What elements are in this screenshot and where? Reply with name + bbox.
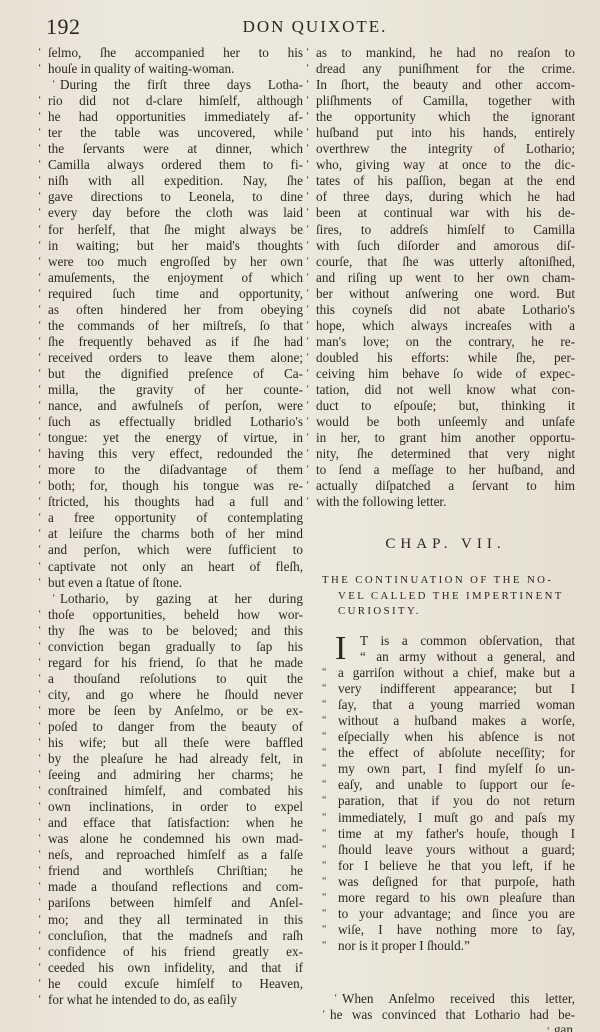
text-line: “paration, that if you do not return xyxy=(338,793,575,809)
line-text: city, and go where he ſhould never xyxy=(48,687,303,703)
line-text: been at continual war with his de- xyxy=(316,205,575,221)
text-line: ‘his wife; but all theſe were baffled xyxy=(48,735,303,751)
text-line: ‘milla, the gravity of her counte- xyxy=(48,382,303,398)
text-line: “nor is it proper I ſhould.” xyxy=(338,938,575,954)
line-text: pliſhments of Camilla, together with xyxy=(316,93,575,109)
line-text: ſelmo, ſhe accompanied her to his xyxy=(48,45,303,61)
quote-mark: ‘ xyxy=(38,751,41,767)
line-text: and perſon, which were ſufficient to xyxy=(48,542,303,558)
text-line: ‘having this very effect, redounded the xyxy=(48,446,303,462)
line-text: the commands of her miſtreſs, ſo that xyxy=(48,318,303,334)
text-line: ‘conviction began gradually to ſap his xyxy=(48,639,303,655)
line-text: with the following letter. xyxy=(316,494,575,510)
quote-mark: “ xyxy=(322,938,326,954)
text-line: ‘but the dignified preſence of Ca- xyxy=(48,366,303,382)
text-line: ‘ber without anſwering one word. But xyxy=(316,286,575,302)
text-line: ‘for herſelf, that ſhe might always be xyxy=(48,222,303,238)
quote-mark: ‘ xyxy=(38,93,41,109)
text-line: ‘pliſhments of Camilla, together with xyxy=(316,93,575,109)
line-text: more regard to his own pleaſure than xyxy=(338,890,575,906)
line-text: for what he intended to do, as eaſily xyxy=(48,992,303,1008)
quote-mark: ‘ xyxy=(38,607,41,623)
text-line: “ an army without a general, and xyxy=(338,649,575,665)
quote-mark: ‘ xyxy=(38,912,41,928)
quote-mark: ‘ xyxy=(306,109,309,125)
text-line: ‘houſe in quality of waiting-woman. xyxy=(48,61,303,77)
line-text: During the firſt three days Lotha- xyxy=(48,77,303,93)
page-header: 192 DON QUIXOTE. xyxy=(46,14,574,40)
quote-mark: ‘ xyxy=(38,960,41,976)
quote-mark: ‘ xyxy=(38,719,41,735)
text-line: ‘were too much engroſſed by her own xyxy=(48,254,303,270)
quote-mark: “ xyxy=(322,906,326,922)
quote-mark: ‘ xyxy=(38,302,41,318)
quote-mark: ‘ xyxy=(38,189,41,205)
quote-mark: ‘ xyxy=(38,318,41,334)
quote-mark: “ xyxy=(322,793,326,809)
quote-mark: ‘ xyxy=(38,575,41,591)
line-text: nance, and awfulneſs of perſon, were xyxy=(48,398,303,414)
text-line: “eſpecially when his abſence is not xyxy=(338,729,575,745)
text-line: ‘he could excuſe himſelf to Heaven, xyxy=(48,976,303,992)
line-text: houſe in quality of waiting-woman. xyxy=(48,61,303,77)
text-line: ‘made a thouſand reflections and com- xyxy=(48,879,303,895)
line-text: made a thouſand reflections and com- xyxy=(48,879,303,895)
text-line: ‘mo; and they all terminated in this xyxy=(48,912,303,928)
text-line: “my own part, I find myſelf ſo un- xyxy=(338,761,575,777)
quote-mark: ‘ xyxy=(306,157,309,173)
line-text: by the pleaſure he had already felt, in xyxy=(48,751,303,767)
quote-mark: ‘ xyxy=(38,382,41,398)
text-line: ‘in waiting; but her maid's thoughts xyxy=(48,238,303,254)
text-line: ‘the ſervants were at dinner, which xyxy=(48,141,303,157)
quote-mark: “ xyxy=(322,842,326,858)
quote-mark: ‘ xyxy=(306,205,309,221)
line-text: without a huſband makes a worſe, xyxy=(338,713,575,729)
line-text: to ſend a meſſage to her huſband, and xyxy=(316,462,575,478)
text-line: “more regard to his own pleaſure than xyxy=(338,890,575,906)
text-line: ‘he was convinced that Lothario had be- xyxy=(330,1007,575,1023)
text-line: ‘thy ſhe was to be beloved; and this xyxy=(48,623,303,639)
line-text: but the dignified preſence of Ca- xyxy=(48,366,303,382)
line-text: for herſelf, that ſhe might always be xyxy=(48,222,303,238)
line-text: ter the table was uncovered, while xyxy=(48,125,303,141)
quote-mark: ‘ xyxy=(38,671,41,687)
quote-mark: ‘ xyxy=(38,446,41,462)
line-text: the opportunity which the ignorant xyxy=(316,109,575,125)
text-line: ‘to ſend a meſſage to her huſband, and xyxy=(316,462,575,478)
text-line: ‘poſed to danger from the beauty of xyxy=(48,719,303,735)
quote-mark: ‘ xyxy=(38,286,41,302)
line-text: and efface that ſatisfaction: when he xyxy=(48,815,303,831)
quote-mark: ‘ xyxy=(306,270,309,286)
quote-mark: ‘ xyxy=(52,591,55,607)
quote-mark: ‘ xyxy=(38,799,41,815)
quote-mark: ‘ xyxy=(306,430,309,446)
text-line: “for I believe he that you left, if he xyxy=(338,858,575,874)
quote-mark: “ xyxy=(322,761,326,777)
line-text: received orders to leave them alone; xyxy=(48,350,303,366)
text-line: “immediately, I muſt go and paſs my xyxy=(338,810,575,826)
text-line: ‘required ſuch time and opportunity, xyxy=(48,286,303,302)
quote-mark: ‘ xyxy=(38,173,41,189)
line-text: dread any puniſhment for the crime. xyxy=(316,61,575,77)
text-line: ‘courſe, that ſhe was utterly aſtoniſhed… xyxy=(316,254,575,270)
line-text: eaſy, and unable to ſupport our ſe- xyxy=(338,777,575,793)
text-line: ‘more be ſeen by Anſelmo, or be ex- xyxy=(48,703,303,719)
quote-mark: ‘ xyxy=(306,414,309,430)
catchword: ‘gan xyxy=(547,1022,573,1032)
text-line: ‘neſs, and reproached himſelf as a falſe xyxy=(48,847,303,863)
quote-mark: ‘ xyxy=(38,398,41,414)
text-line: “very indifferent appearance; but I xyxy=(338,681,575,697)
quote-mark: ‘ xyxy=(306,189,309,205)
line-text: regard for his friend, ſo that he made xyxy=(48,655,303,671)
text-line: ‘captivate not only an heart of fleſh, xyxy=(48,559,303,575)
text-line: ‘ſuch as effectually bridled Lothario's xyxy=(48,414,303,430)
quote-mark: ‘ xyxy=(306,382,309,398)
quote-mark: ‘ xyxy=(306,61,309,77)
line-text: in waiting; but her maid's thoughts xyxy=(48,238,303,254)
text-line: ‘During the firſt three days Lotha- xyxy=(48,77,303,93)
text-line: ‘tates of his paſſion, began at the end xyxy=(316,173,575,189)
line-text: courſe, that ſhe was utterly aſtoniſhed, xyxy=(316,254,575,270)
quote-mark: ‘ xyxy=(38,703,41,719)
right-text-column: ‘as to mankind, he had no reaſon to‘drea… xyxy=(316,45,575,510)
chapter-title-line: VEL CALLED THE IMPERTINENT xyxy=(322,589,575,605)
quote-mark: ‘ xyxy=(38,494,41,510)
line-text: ceiving him behave ſo wide of expec- xyxy=(316,366,575,382)
text-line: ‘friend and worthleſs Chriſtian; he xyxy=(48,863,303,879)
text-line: ‘pariſons between himſelf and Anſel- xyxy=(48,895,303,911)
line-text: immediately, I muſt go and paſs my xyxy=(338,810,575,826)
text-line: ‘When Anſelmo received this letter, xyxy=(330,991,575,1007)
text-line: ‘ſeeing and admiring her charms; he xyxy=(48,767,303,783)
catchword-text: gan xyxy=(554,1022,573,1032)
text-line: “eaſy, and unable to ſupport our ſe- xyxy=(338,777,575,793)
text-line: ‘the opportunity which the ignorant xyxy=(316,109,575,125)
line-text: actually diſpatched a ſervant to him xyxy=(316,478,575,494)
line-text: captivate not only an heart of fleſh, xyxy=(48,559,303,575)
line-text: gave directions to Leonela, to dine xyxy=(48,189,303,205)
text-line: ‘as often hindered her from obeying xyxy=(48,302,303,318)
quote-mark: ‘ xyxy=(306,222,309,238)
line-text: time at my father's houſe, though I xyxy=(338,826,575,842)
quote-mark: ‘ xyxy=(306,125,309,141)
quote-mark: ‘ xyxy=(52,77,55,93)
quote-mark: ‘ xyxy=(38,831,41,847)
quote-mark: ‘ xyxy=(38,414,41,430)
line-text: required ſuch time and opportunity, xyxy=(48,286,303,302)
quote-mark: ‘ xyxy=(38,655,41,671)
quote-mark: ‘ xyxy=(38,542,41,558)
line-text: ſhe frequently behaved as if ſhe had xyxy=(48,334,303,350)
quote-mark: ‘ xyxy=(306,478,309,494)
line-text: Lothario, by gazing at her during xyxy=(48,591,303,607)
quote-mark: ‘ xyxy=(38,366,41,382)
text-line: ‘dread any puniſhment for the crime. xyxy=(316,61,575,77)
line-text: were too much engroſſed by her own xyxy=(48,254,303,270)
line-text: neſs, and reproached himſelf as a falſe xyxy=(48,847,303,863)
text-line: “to your advantage; and ſince you are xyxy=(338,906,575,922)
quote-mark: ‘ xyxy=(306,93,309,109)
text-line: ‘who, giving way at once to the dic- xyxy=(316,157,575,173)
quote-mark: ‘ xyxy=(38,526,41,542)
text-line: ‘more to the diſadvantage of them xyxy=(48,462,303,478)
quote-mark: ‘ xyxy=(306,318,309,334)
line-text: niſh with all expedition. Nay, ſhe xyxy=(48,173,303,189)
line-text: my own part, I find myſelf ſo un- xyxy=(338,761,575,777)
line-text: confidence of his friend greatly ex- xyxy=(48,944,303,960)
line-text: as to mankind, he had no reaſon to xyxy=(316,45,575,61)
line-text: eſpecially when his abſence is not xyxy=(338,729,575,745)
line-text: overthrew the integrity of Lothario; xyxy=(316,141,575,157)
line-text: ſtricted, his thoughts had a full and xyxy=(48,494,303,510)
text-line: ‘ceiving him behave ſo wide of expec- xyxy=(316,366,575,382)
quote-mark: ‘ xyxy=(38,254,41,270)
text-line: ‘nity, ſhe determined that very night xyxy=(316,446,575,462)
quote-mark: ‘ xyxy=(38,350,41,366)
text-line: “wiſe, I have nothing more to ſay, xyxy=(338,922,575,938)
quote-mark: “ xyxy=(322,922,326,938)
chapter-title-line: THE CONTINUATION OF THE NO- xyxy=(322,573,575,589)
line-text: who, giving way at once to the dic- xyxy=(316,157,575,173)
text-line: ‘Lothario, by gazing at her during xyxy=(48,591,303,607)
line-text: thy ſhe was to be beloved; and this xyxy=(48,623,303,639)
line-text: he was convinced that Lothario had be- xyxy=(330,1007,575,1023)
quote-mark: ‘ xyxy=(38,944,41,960)
line-text: would be both unſeemly and unſafe xyxy=(316,414,575,430)
text-line: ‘received orders to leave them alone; xyxy=(48,350,303,366)
text-line: ‘tongue: yet the energy of virtue, in xyxy=(48,430,303,446)
quote-mark: ‘ xyxy=(38,45,41,61)
quote-mark: ‘ xyxy=(38,270,41,286)
text-line: ‘man's love; on the contrary, he re- xyxy=(316,334,575,350)
line-text: tongue: yet the energy of virtue, in xyxy=(48,430,303,446)
line-text: hope, which always increaſes with a xyxy=(316,318,575,334)
line-text: Camilla always ordered them to fi- xyxy=(48,157,303,173)
quote-mark: ‘ xyxy=(306,238,309,254)
quote-mark: ‘ xyxy=(306,494,309,510)
text-line: ‘this coyneſs did not abate Lothario's xyxy=(316,302,575,318)
text-line: ‘hope, which always increaſes with a xyxy=(316,318,575,334)
chapter-title: THE CONTINUATION OF THE NO- VEL CALLED T… xyxy=(322,573,575,620)
text-line: ‘doubled his efforts: while ſhe, per- xyxy=(316,350,575,366)
text-line: ‘ter the table was uncovered, while xyxy=(48,125,303,141)
text-line: ‘ceeded his own infidelity, and that if xyxy=(48,960,303,976)
line-text: conſtrained himſelf, and combated his xyxy=(48,783,303,799)
quote-mark: “ xyxy=(322,890,326,906)
quote-mark: ‘ xyxy=(38,863,41,879)
line-text: but even a ſtatue of ſtone. xyxy=(48,575,303,591)
text-line: ‘by the pleaſure he had already felt, in xyxy=(48,751,303,767)
text-line: ‘niſh with all expedition. Nay, ſhe xyxy=(48,173,303,189)
line-text: mo; and they all terminated in this xyxy=(48,912,303,928)
line-text: as often hindered her from obeying xyxy=(48,302,303,318)
line-text: the effect of abſolute neceſſity; for xyxy=(338,745,575,761)
line-text: every day before the cloth was laid xyxy=(48,205,303,221)
quote-mark: ‘ xyxy=(38,222,41,238)
text-line: ‘ſelmo, ſhe accompanied her to his xyxy=(48,45,303,61)
line-text: having this very effect, redounded the xyxy=(48,446,303,462)
line-text: nity, ſhe determined that very night xyxy=(316,446,575,462)
text-line: ‘duct to eſpouſe; but, thinking it xyxy=(316,398,575,414)
text-line: ‘was alone he condemned his own mad- xyxy=(48,831,303,847)
text-line: ‘amuſements, the enjoyment of which xyxy=(48,270,303,286)
text-line: “was deſigned for that purpoſe, hath xyxy=(338,874,575,890)
line-text: concluſion, that the madneſs and raſh xyxy=(48,928,303,944)
quote-mark: ‘ xyxy=(38,559,41,575)
quote-mark: “ xyxy=(322,697,326,713)
quote-mark: “ xyxy=(322,858,326,874)
quote-mark: ‘ xyxy=(306,77,309,93)
text-line: ‘with the following letter. xyxy=(316,494,575,510)
text-line: ‘own inclinations, in order to expel xyxy=(48,799,303,815)
line-text: friend and worthleſs Chriſtian; he xyxy=(48,863,303,879)
line-text: was alone he condemned his own mad- xyxy=(48,831,303,847)
text-line: T is a common obſervation, that xyxy=(338,633,575,649)
quote-mark: ‘ xyxy=(306,286,309,302)
text-line: ‘city, and go where he ſhould never xyxy=(48,687,303,703)
line-text: rio did not d-clare himſelf, although xyxy=(48,93,303,109)
text-line: ‘huſband put into his hands, entirely xyxy=(316,125,575,141)
text-line: ‘tation, did not well know what con- xyxy=(316,382,575,398)
line-text: paration, that if you do not return xyxy=(338,793,575,809)
text-line: ‘both; for, though his tongue was re- xyxy=(48,478,303,494)
line-text: he had opportunities immediately af- xyxy=(48,109,303,125)
line-text: to your advantage; and ſince you are xyxy=(338,906,575,922)
quote-mark: ‘ xyxy=(38,157,41,173)
text-line: ‘ſhe frequently behaved as if ſhe had xyxy=(48,334,303,350)
chapter-heading: CHAP. VII. xyxy=(316,536,575,553)
text-line: ‘overthrew the integrity of Lothario; xyxy=(316,141,575,157)
text-line: ‘conſtrained himſelf, and combated his xyxy=(48,783,303,799)
quote-mark: ‘ xyxy=(38,976,41,992)
quote-mark: ‘ xyxy=(547,1026,550,1032)
line-text: ber without anſwering one word. But xyxy=(316,286,575,302)
left-text-column: ‘ſelmo, ſhe accompanied her to his‘houſe… xyxy=(48,45,303,1008)
closing-paragraph: ‘When Anſelmo received this letter,‘he w… xyxy=(330,991,575,1023)
quote-mark: ‘ xyxy=(38,735,41,751)
text-line: “ſay, that a young married woman xyxy=(338,697,575,713)
book-page: 192 DON QUIXOTE. ‘ſelmo, ſhe accompanied… xyxy=(0,0,600,1032)
quote-mark: ‘ xyxy=(38,205,41,221)
line-text: in her, to grant him another opportu- xyxy=(316,430,575,446)
text-line: ‘and efface that ſatisfaction: when he xyxy=(48,815,303,831)
text-line: ‘been at continual war with his de- xyxy=(316,205,575,221)
line-text: more be ſeen by Anſelmo, or be ex- xyxy=(48,703,303,719)
text-line: ‘with ſuch diſorder and amorous diſ- xyxy=(316,238,575,254)
line-text: poſed to danger from the beauty of xyxy=(48,719,303,735)
quote-mark: “ xyxy=(322,745,326,761)
line-text: own inclinations, in order to expel xyxy=(48,799,303,815)
quote-mark: ‘ xyxy=(38,687,41,703)
quote-mark: ‘ xyxy=(38,109,41,125)
quote-mark: ‘ xyxy=(306,334,309,350)
line-text: of three days, during which he had xyxy=(316,189,575,205)
quote-mark: ‘ xyxy=(38,847,41,863)
text-line: ‘for what he intended to do, as eaſily xyxy=(48,992,303,1008)
quote-mark: “ xyxy=(322,777,326,793)
quote-mark: ‘ xyxy=(38,462,41,478)
text-line: ‘confidence of his friend greatly ex- xyxy=(48,944,303,960)
quote-mark: ‘ xyxy=(38,334,41,350)
text-line: ‘as to mankind, he had no reaſon to xyxy=(316,45,575,61)
text-line: ‘gave directions to Leonela, to dine xyxy=(48,189,303,205)
text-line: ‘the commands of her miſtreſs, ſo that xyxy=(48,318,303,334)
line-text: with ſuch diſorder and amorous diſ- xyxy=(316,238,575,254)
quote-mark: ‘ xyxy=(38,639,41,655)
line-text: In ſhort, the beauty and other accom- xyxy=(316,77,575,93)
text-line: ‘of three days, during which he had xyxy=(316,189,575,205)
quote-mark: ‘ xyxy=(334,991,337,1007)
text-line: ‘actually diſpatched a ſervant to him xyxy=(316,478,575,494)
text-line: ‘in her, to grant him another opportu- xyxy=(316,430,575,446)
letter-text: I T is a common obſervation, that“ an ar… xyxy=(338,633,575,954)
text-line: ‘but even a ſtatue of ſtone. xyxy=(48,575,303,591)
line-text: ceeded his own infidelity, and that if xyxy=(48,960,303,976)
line-text: huſband put into his hands, entirely xyxy=(316,125,575,141)
line-text: ſuch as effectually bridled Lothario's xyxy=(48,414,303,430)
line-text: ſhould leave yours without a guard; xyxy=(338,842,575,858)
line-text: milla, the gravity of her counte- xyxy=(48,382,303,398)
line-text: man's love; on the contrary, he re- xyxy=(316,334,575,350)
quote-mark: ‘ xyxy=(38,879,41,895)
text-line: ‘at leiſure the charms both of her mind xyxy=(48,526,303,542)
quote-mark: ‘ xyxy=(306,462,309,478)
line-text: conviction began gradually to ſap his xyxy=(48,639,303,655)
line-text: this coyneſs did not abate Lothario's xyxy=(316,302,575,318)
line-text: a thouſand reſolutions to quit the xyxy=(48,671,303,687)
line-text: thoſe opportunities, beheld how wor- xyxy=(48,607,303,623)
text-line: ‘regard for his friend, ſo that he made xyxy=(48,655,303,671)
text-line: “the effect of abſolute neceſſity; for xyxy=(338,745,575,761)
quote-mark: ‘ xyxy=(38,430,41,446)
quote-mark: ‘ xyxy=(306,45,309,61)
quote-mark: ‘ xyxy=(38,61,41,77)
quote-mark: ‘ xyxy=(306,173,309,189)
quote-mark: “ xyxy=(322,874,326,890)
quote-mark: “ xyxy=(322,810,326,826)
quote-mark: ‘ xyxy=(38,895,41,911)
quote-mark: “ xyxy=(322,713,326,729)
text-line: ‘he had opportunities immediately af- xyxy=(48,109,303,125)
text-line: ‘a thouſand reſolutions to quit the xyxy=(48,671,303,687)
text-line: ‘nance, and awfulneſs of perſon, were xyxy=(48,398,303,414)
quote-mark: ‘ xyxy=(306,446,309,462)
text-line: “without a huſband makes a worſe, xyxy=(338,713,575,729)
line-text: a free opportunity of contemplating xyxy=(48,510,303,526)
line-text: nor is it proper I ſhould.” xyxy=(338,938,575,954)
quote-mark: “ xyxy=(322,826,326,842)
text-line: “time at my father's houſe, though I xyxy=(338,826,575,842)
text-line: “a garriſon without a chief, make but a xyxy=(338,665,575,681)
line-text: tation, did not well know what con- xyxy=(316,382,575,398)
line-text: he could excuſe himſelf to Heaven, xyxy=(48,976,303,992)
quote-mark: ‘ xyxy=(38,928,41,944)
quote-mark: ‘ xyxy=(38,783,41,799)
line-text: a garriſon without a chief, make but a xyxy=(338,665,575,681)
quote-mark: ‘ xyxy=(322,1007,325,1023)
line-text: and riſing up went to her own cham- xyxy=(316,270,575,286)
quote-mark: “ xyxy=(322,681,326,697)
text-line: ‘concluſion, that the madneſs and raſh xyxy=(48,928,303,944)
quote-mark: ‘ xyxy=(306,254,309,270)
chapter-title-line: CURIOSITY. xyxy=(322,604,575,620)
line-text: T is a common obſervation, that xyxy=(338,633,575,649)
line-text: both; for, though his tongue was re- xyxy=(48,478,303,494)
line-text: for I believe he that you left, if he xyxy=(338,858,575,874)
